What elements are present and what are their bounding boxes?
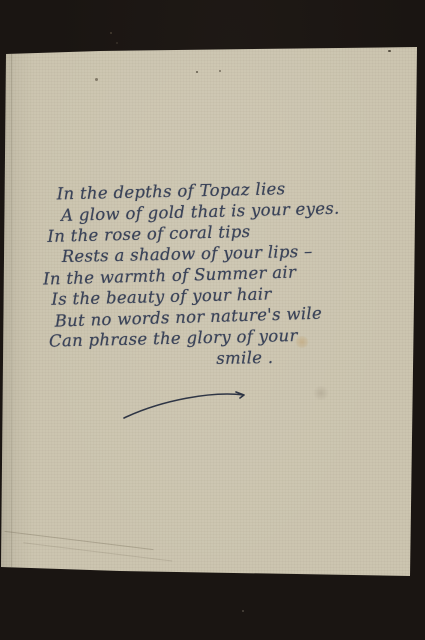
background-speck: [242, 610, 244, 612]
paper-speck: [219, 70, 221, 72]
paper-speck: [196, 71, 198, 73]
poem-text: In the depths of Topaz lies A glow of go…: [39, 177, 372, 371]
paper-stain: [295, 336, 309, 348]
paper-smudge: [312, 386, 330, 400]
paper-speck: [95, 78, 98, 81]
background-speck: [116, 42, 118, 44]
paper-speck: [388, 50, 391, 52]
background-speck: [110, 32, 112, 34]
poem-line: smile .: [216, 345, 371, 368]
photo-background: In the depths of Topaz lies A glow of go…: [0, 0, 425, 640]
manuscript-paper: In the depths of Topaz lies A glow of go…: [0, 0, 425, 640]
flourish-stroke-icon: [117, 385, 255, 427]
